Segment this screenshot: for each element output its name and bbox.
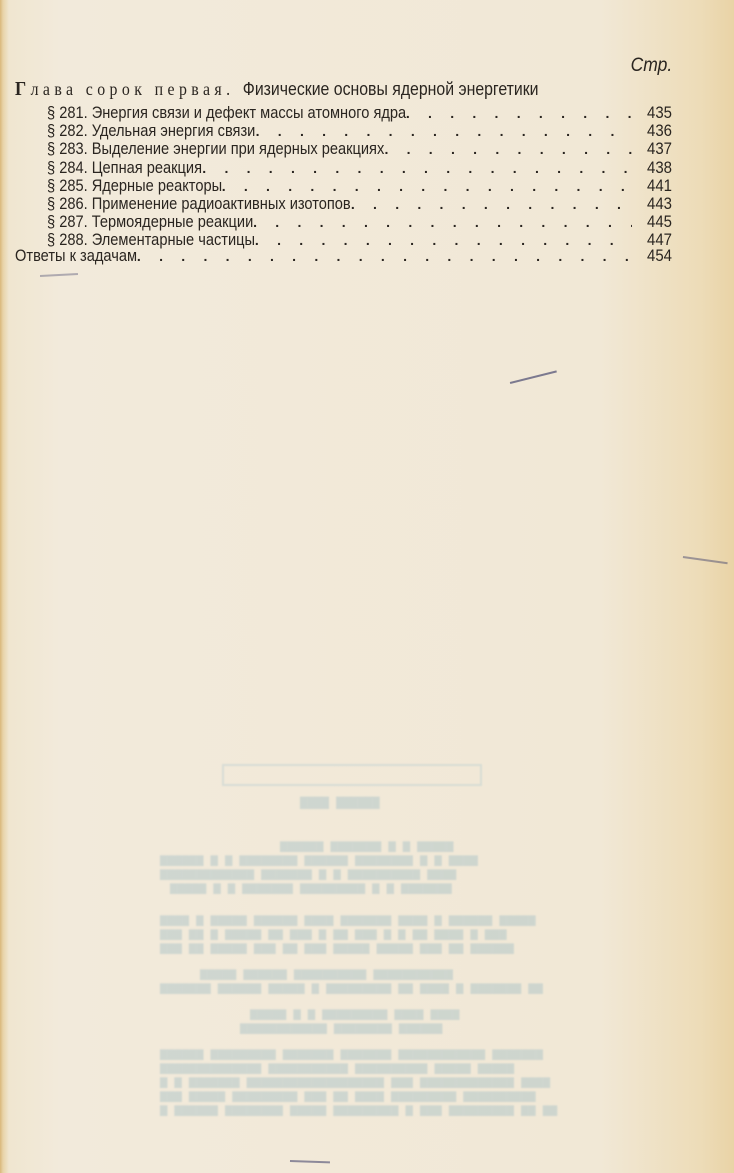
pen-mark — [510, 370, 557, 383]
bleed-through-text: ▆▆▆▆▆▆▆▆▆▆▆▆ ▆▆▆▆▆▆▆▆ ▆▆▆▆▆▆ — [240, 1020, 442, 1035]
bleed-through-text: ▆▆▆ ▆▆ ▆▆▆▆▆ ▆▆▆ ▆▆ ▆▆▆ ▆▆▆▆▆ ▆▆▆▆▆ ▆▆▆ … — [160, 940, 514, 955]
bleed-through-text: ▆▆▆▆▆▆ ▆▆▆▆▆▆▆ ▆ ▆ ▆▆▆▆▆ — [280, 838, 453, 853]
pen-mark — [290, 1160, 330, 1163]
toc-entry-title: § 285. Ядерные реакторы — [47, 176, 222, 196]
bleed-through-text: ▆▆▆▆▆ ▆ ▆ ▆▆▆▆▆▆▆ ▆▆▆▆▆▆▆▆▆ ▆ ▆ ▆▆▆▆▆▆▆ — [170, 880, 452, 895]
bleed-through-text: ▆▆▆▆▆▆ ▆ ▆ ▆▆▆▆▆▆▆▆ ▆▆▆▆▆▆ ▆▆▆▆▆▆▆▆ ▆ ▆ … — [160, 852, 478, 867]
bleed-through-text: ▆▆▆▆▆▆▆ ▆▆▆▆▆▆ ▆▆▆▆▆ ▆ ▆▆▆▆▆▆▆▆▆ ▆▆ ▆▆▆▆… — [160, 980, 543, 995]
chapter-title: Физические основы ядерной энергетики — [243, 79, 539, 99]
dot-leader: . . . . . . . . . . . . . . . . . . . . … — [256, 123, 633, 139]
bleed-through-text: ▆▆▆▆▆▆ ▆▆▆▆▆▆▆▆▆ ▆▆▆▆▆▆▆ ▆▆▆▆▆▆▆ ▆▆▆▆▆▆▆… — [160, 1046, 543, 1061]
toc-entry-page: 435 — [646, 103, 672, 123]
toc-entry-title: § 284. Цепная реакция — [47, 158, 202, 178]
toc-entry-page: 436 — [646, 121, 672, 141]
bleed-through-text: ▆ ▆▆▆▆▆▆ ▆▆▆▆▆▆▆▆ ▆▆▆▆▆ ▆▆▆▆▆▆▆▆▆ ▆ ▆▆▆ … — [160, 1102, 557, 1117]
toc-entry: § 281. Энергия связи и дефект массы атом… — [47, 103, 672, 123]
toc-entry-title: § 282. Удельная энергия связи — [47, 121, 255, 141]
toc-entry-title: § 283. Выделение энергии при ядерных реа… — [47, 139, 384, 159]
dot-leader: . . . . . . . . . . . . . . . . . . . . … — [253, 214, 632, 230]
book-page: Стр. Глава сорок первая. Физические осно… — [0, 0, 734, 1173]
toc-entry-page: 443 — [646, 194, 672, 214]
bleed-through-text: ▆▆▆▆▆ ▆▆▆▆▆▆ ▆▆▆▆▆▆▆▆▆▆ ▆▆▆▆▆▆▆▆▆▆▆ — [200, 966, 453, 981]
toc-entry: § 286. Применение радиоактивных изотопов… — [47, 194, 672, 214]
toc-entry: § 287. Термоядерные реакции . . . . . . … — [47, 212, 672, 232]
bleed-through-frame — [222, 764, 482, 786]
dot-leader: . . . . . . . . . . . . . . . . . . . . … — [222, 178, 632, 194]
toc-entry-title: § 286. Применение радиоактивных изотопов — [47, 194, 351, 214]
toc-entry-title: § 287. Термоядерные реакции — [47, 212, 253, 232]
toc-entry: § 282. Удельная энергия связи . . . . . … — [47, 121, 672, 141]
toc-entry-title: § 281. Энергия связи и дефект массы атом… — [47, 103, 406, 123]
bleed-through-text: ▇▇▇▇ ▇▇▇▇▇▇ — [300, 795, 379, 810]
toc-entry-page: 454 — [646, 246, 672, 266]
bleed-through-text: ▆▆▆ ▆▆ ▆ ▆▆▆▆▆ ▆▆ ▆▆▆ ▆ ▆▆ ▆▆▆ ▆ ▆ ▆▆ ▆▆… — [160, 926, 506, 941]
toc-entry-page: 437 — [646, 139, 672, 159]
toc-entry: § 284. Цепная реакция . . . . . . . . . … — [47, 158, 672, 178]
chapter-lead: Глава сорок первая. — [15, 79, 243, 99]
toc-entry-page: 438 — [646, 158, 672, 178]
dot-leader: . . . . . . . . . . . . . . . . . . . . … — [406, 105, 632, 121]
bleed-through-text: ▆▆▆▆▆▆▆▆▆▆▆▆▆ ▆▆▆▆▆▆▆ ▆ ▆ ▆▆▆▆▆▆▆▆▆▆ ▆▆▆… — [160, 866, 456, 881]
toc-entry-page: 445 — [646, 212, 672, 232]
toc-entry: § 285. Ядерные реакторы . . . . . . . . … — [47, 176, 672, 196]
bleed-through-text: ▆▆▆ ▆▆▆▆▆ ▆▆▆▆▆▆▆▆▆ ▆▆▆ ▆▆ ▆▆▆▆ ▆▆▆▆▆▆▆▆… — [160, 1088, 536, 1103]
page-column-label: Стр. — [630, 55, 672, 77]
bleed-through-text: ▆ ▆ ▆▆▆▆▆▆▆ ▆▆▆▆▆▆▆▆▆▆▆▆▆▆▆▆▆▆▆ ▆▆▆ ▆▆▆▆… — [160, 1074, 550, 1089]
toc-entry: § 283. Выделение энергии при ядерных реа… — [47, 139, 672, 159]
dot-leader: . . . . . . . . . . . . . . . . . . . . … — [351, 196, 632, 212]
bleed-through-text: ▆▆▆▆▆▆▆▆▆▆▆▆▆▆ ▆▆▆▆▆▆▆▆▆▆▆ ▆▆▆▆▆▆▆▆▆▆ ▆▆… — [160, 1060, 514, 1075]
dot-leader: . . . . . . . . . . . . . . . . . . . . … — [384, 141, 632, 157]
pen-mark — [683, 556, 728, 564]
chapter-heading: Глава сорок первая. Физические основы яд… — [15, 78, 539, 101]
bleed-through-text: ▆▆▆▆▆ ▆ ▆ ▆▆▆▆▆▆▆▆▆ ▆▆▆▆ ▆▆▆▆ — [250, 1006, 459, 1021]
dot-leader: . . . . . . . . . . . . . . . . . . . . … — [202, 160, 632, 176]
toc-entry-page: 441 — [646, 176, 672, 196]
toc-entry-title: Ответы к задачам — [15, 246, 137, 266]
toc-entry-answers: Ответы к задачам . . . . . . . . . . . .… — [15, 246, 672, 266]
dot-leader: . . . . . . . . . . . . . . . . . . . . … — [137, 248, 632, 264]
bleed-through-text: ▆▆▆▆ ▆ ▆▆▆▆▆ ▆▆▆▆▆▆ ▆▆▆▆ ▆▆▆▆▆▆▆ ▆▆▆▆ ▆ … — [160, 912, 535, 927]
pen-mark — [40, 273, 78, 276]
